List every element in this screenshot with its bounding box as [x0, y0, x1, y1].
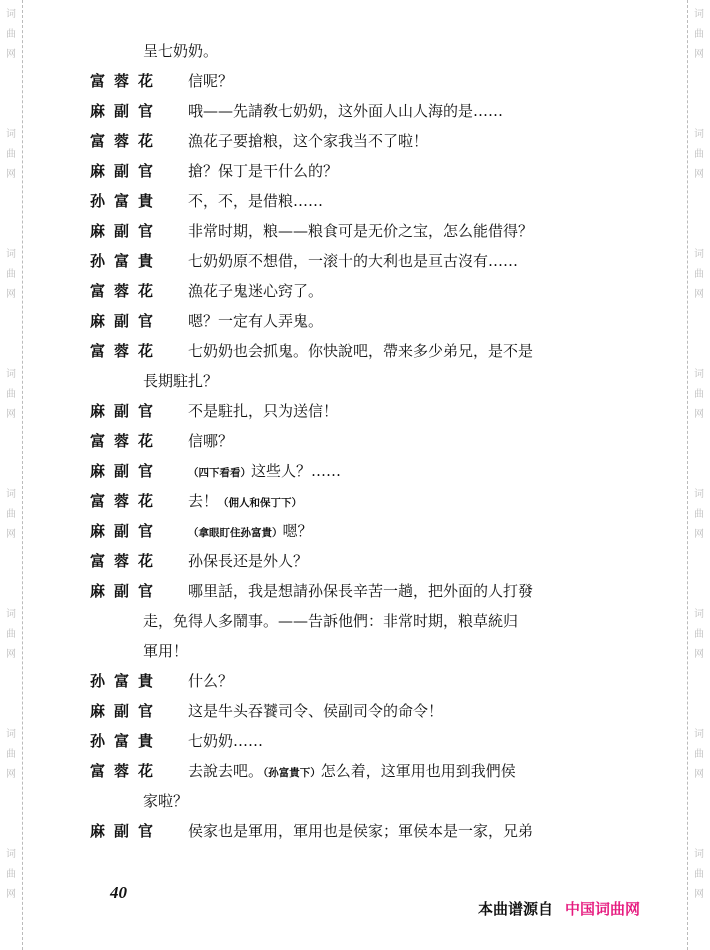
watermark-char: 网	[0, 645, 22, 665]
dialogue-text: 侯家也是軍用，軍用也是侯家；軍侯本是一家，兄弟	[188, 818, 533, 844]
watermark-group: 词曲网	[0, 5, 22, 65]
dialogue-continuation: 家啦？	[143, 788, 188, 814]
source-footer: 本曲谱源自中国词曲网	[478, 898, 640, 919]
speaker-name: 富蓉花	[90, 488, 176, 514]
speech-text: 搶？保丁是干什么的？	[188, 162, 338, 180]
dialogue-continuation: 軍用！	[143, 638, 188, 664]
watermark-group: 词曲网	[0, 245, 22, 305]
dialogue-text: 哦——先請敎七奶奶，这外面人山人海的是……	[188, 98, 503, 124]
speech-text: 嗯？	[283, 522, 313, 540]
dialogue-text: 嗯？一定有人弄鬼。	[188, 308, 323, 334]
stage-direction: （拿眼盯住孙富貴）	[188, 527, 283, 539]
watermark-char: 词	[0, 125, 22, 145]
dialogue-text: 信呢？	[188, 68, 233, 94]
dialogue-text: 搶？保丁是干什么的？	[188, 158, 338, 184]
speaker-name: 富蓉花	[90, 548, 176, 574]
speaker-name: 麻副官	[90, 518, 176, 544]
speech-text: 七奶奶……	[188, 732, 263, 750]
watermark-strip-right: 词曲网词曲网词曲网词曲网词曲网词曲网词曲网词曲网	[687, 0, 710, 950]
speech-text: 信呢？	[188, 72, 233, 90]
watermark-char: 曲	[0, 625, 22, 645]
dialogue-text: 七奶奶也会抓鬼。你快說吧，帶来多少弟兄，是不是	[188, 338, 533, 364]
watermark-group: 词曲网	[0, 485, 22, 545]
dialogue-text: （拿眼盯住孙富貴）嗯？	[188, 518, 313, 546]
speaker-name: 麻副官	[90, 98, 176, 124]
watermark-char: 词	[0, 245, 22, 265]
dialogue-text: 非常时期，粮——粮食可是无价之宝，怎么能借得？	[188, 218, 533, 244]
speaker-name: 富蓉花	[90, 68, 176, 94]
speaker-name: 麻副官	[90, 578, 176, 604]
watermark-char: 曲	[688, 385, 710, 405]
speech-text: 孙保長还是外人？	[188, 552, 308, 570]
dialogue-continuation: 長期駐扎？	[143, 368, 218, 394]
speaker-name: 富蓉花	[90, 338, 176, 364]
dialogue-text: 漁花子鬼迷心窍了。	[188, 278, 323, 304]
watermark-group: 词曲网	[0, 725, 22, 785]
watermark-char: 网	[0, 765, 22, 785]
watermark-char: 曲	[0, 865, 22, 885]
watermark-char: 网	[688, 165, 710, 185]
dialogue-text: 七奶奶原不想借，一滚十的大利也是亘古沒有……	[188, 248, 518, 274]
watermark-char: 曲	[688, 25, 710, 45]
watermark-char: 网	[688, 525, 710, 545]
watermark-char: 网	[688, 285, 710, 305]
speech-text: 不是駐扎，只为送信！	[188, 402, 338, 420]
watermark-char: 词	[688, 245, 710, 265]
stage-direction: （佣人和保丁下）	[218, 497, 302, 509]
watermark-group: 词曲网	[688, 5, 710, 65]
speaker-name: 麻副官	[90, 458, 176, 484]
speech-text: 去說去吧。	[188, 762, 263, 780]
speaker-name: 富蓉花	[90, 428, 176, 454]
speech-text: 漁花子鬼迷心窍了。	[188, 282, 323, 300]
watermark-char: 曲	[688, 745, 710, 765]
speaker-name: 麻副官	[90, 218, 176, 244]
watermark-char: 词	[0, 605, 22, 625]
dialogue-text: 不，不，是借粮……	[188, 188, 323, 214]
watermark-group: 词曲网	[688, 485, 710, 545]
watermark-char: 网	[0, 885, 22, 905]
speaker-name: 麻副官	[90, 308, 176, 334]
watermark-char: 曲	[688, 625, 710, 645]
speaker-name: 富蓉花	[90, 128, 176, 154]
stage-direction: （孙富貴下）	[263, 767, 321, 779]
watermark-group: 词曲网	[688, 245, 710, 305]
watermark-group: 词曲网	[688, 725, 710, 785]
speaker-name: 孙富貴	[90, 248, 176, 274]
watermark-char: 词	[688, 5, 710, 25]
watermark-char: 曲	[0, 505, 22, 525]
watermark-char: 词	[688, 365, 710, 385]
watermark-char: 词	[0, 5, 22, 25]
brand-link[interactable]: 中国词曲网	[565, 900, 640, 918]
watermark-group: 词曲网	[688, 125, 710, 185]
dialogue-text: 这是牛头吞饕司令、侯副司令的命令！	[188, 698, 443, 724]
watermark-group: 词曲网	[0, 605, 22, 665]
dialogue-continuation: 走，免得人多鬧事。——告訴他們：非常时期，粮草統归	[143, 608, 518, 634]
page-number: 40	[110, 883, 127, 903]
watermark-char: 词	[0, 485, 22, 505]
watermark-char: 网	[0, 405, 22, 425]
dialogue-text: 孙保長还是外人？	[188, 548, 308, 574]
dialogue-text: 去說去吧。（孙富貴下）怎么着，这軍用也用到我們侯	[188, 758, 516, 786]
watermark-char: 网	[0, 525, 22, 545]
source-label: 本曲谱源自	[478, 900, 553, 918]
watermark-char: 网	[688, 405, 710, 425]
dialogue-text: 不是駐扎，只为送信！	[188, 398, 338, 424]
watermark-char: 网	[688, 885, 710, 905]
watermark-char: 曲	[0, 265, 22, 285]
watermark-char: 曲	[0, 385, 22, 405]
dialogue-text: 去！（佣人和保丁下）	[188, 488, 302, 516]
watermark-char: 网	[0, 165, 22, 185]
watermark-group: 词曲网	[0, 365, 22, 425]
speaker-name: 孙富貴	[90, 668, 176, 694]
speaker-name: 麻副官	[90, 398, 176, 424]
watermark-char: 曲	[688, 145, 710, 165]
watermark-group: 词曲网	[688, 365, 710, 425]
watermark-char: 网	[688, 45, 710, 65]
speech-text: 去！	[188, 492, 218, 510]
watermark-char: 词	[0, 365, 22, 385]
speaker-name: 麻副官	[90, 698, 176, 724]
speech-text: 哪里話，我是想請孙保長辛苦一趟，把外面的人打發	[188, 582, 533, 600]
stage-direction: （四下看看）	[188, 467, 251, 479]
watermark-char: 曲	[0, 145, 22, 165]
watermark-char: 词	[0, 845, 22, 865]
speech-text: 怎么着，这軍用也用到我們侯	[321, 762, 516, 780]
speech-text: 这些人？……	[251, 462, 341, 480]
speech-text: 七奶奶原不想借，一滚十的大利也是亘古沒有……	[188, 252, 518, 270]
watermark-char: 词	[688, 845, 710, 865]
watermark-strip-left: 词曲网词曲网词曲网词曲网词曲网词曲网词曲网词曲网	[0, 0, 23, 950]
watermark-char: 曲	[0, 25, 22, 45]
watermark-char: 词	[0, 725, 22, 745]
watermark-char: 曲	[0, 745, 22, 765]
speech-text: 哦——先請敎七奶奶，这外面人山人海的是……	[188, 102, 503, 120]
dialogue-text: 什么？	[188, 668, 233, 694]
speaker-name: 富蓉花	[90, 278, 176, 304]
watermark-char: 词	[688, 125, 710, 145]
speaker-name: 富蓉花	[90, 758, 176, 784]
watermark-char: 曲	[688, 865, 710, 885]
speech-text: 七奶奶也会抓鬼。你快說吧，帶来多少弟兄，是不是	[188, 342, 533, 360]
speech-text: 这是牛头吞饕司令、侯副司令的命令！	[188, 702, 443, 720]
speech-text: 非常时期，粮——粮食可是无价之宝，怎么能借得？	[188, 222, 533, 240]
dialogue-text: 哪里話，我是想請孙保長辛苦一趟，把外面的人打發	[188, 578, 533, 604]
watermark-char: 曲	[688, 265, 710, 285]
watermark-char: 网	[0, 45, 22, 65]
speech-text: 什么？	[188, 672, 233, 690]
dialogue-text: （四下看看）这些人？……	[188, 458, 341, 486]
watermark-group: 词曲网	[0, 125, 22, 185]
watermark-char: 词	[688, 485, 710, 505]
speaker-name: 孙富貴	[90, 188, 176, 214]
watermark-char: 词	[688, 725, 710, 745]
watermark-char: 网	[688, 645, 710, 665]
dialogue-text: 漁花子要搶粮，这个家我当不了啦！	[188, 128, 428, 154]
speech-text: 不，不，是借粮……	[188, 192, 323, 210]
watermark-group: 词曲网	[688, 845, 710, 905]
watermark-char: 网	[688, 765, 710, 785]
watermark-group: 词曲网	[0, 845, 22, 905]
speech-text: 侯家也是軍用，軍用也是侯家；軍侯本是一家，兄弟	[188, 822, 533, 840]
watermark-group: 词曲网	[688, 605, 710, 665]
dialogue-continuation: 呈七奶奶。	[143, 38, 218, 64]
watermark-char: 曲	[688, 505, 710, 525]
speaker-name: 麻副官	[90, 818, 176, 844]
speaker-name: 孙富貴	[90, 728, 176, 754]
dialogue-text: 七奶奶……	[188, 728, 263, 754]
speech-text: 漁花子要搶粮，这个家我当不了啦！	[188, 132, 428, 150]
speaker-name: 麻副官	[90, 158, 176, 184]
speech-text: 信哪？	[188, 432, 233, 450]
watermark-char: 网	[0, 285, 22, 305]
dialogue-text: 信哪？	[188, 428, 233, 454]
speech-text: 嗯？一定有人弄鬼。	[188, 312, 323, 330]
watermark-char: 词	[688, 605, 710, 625]
